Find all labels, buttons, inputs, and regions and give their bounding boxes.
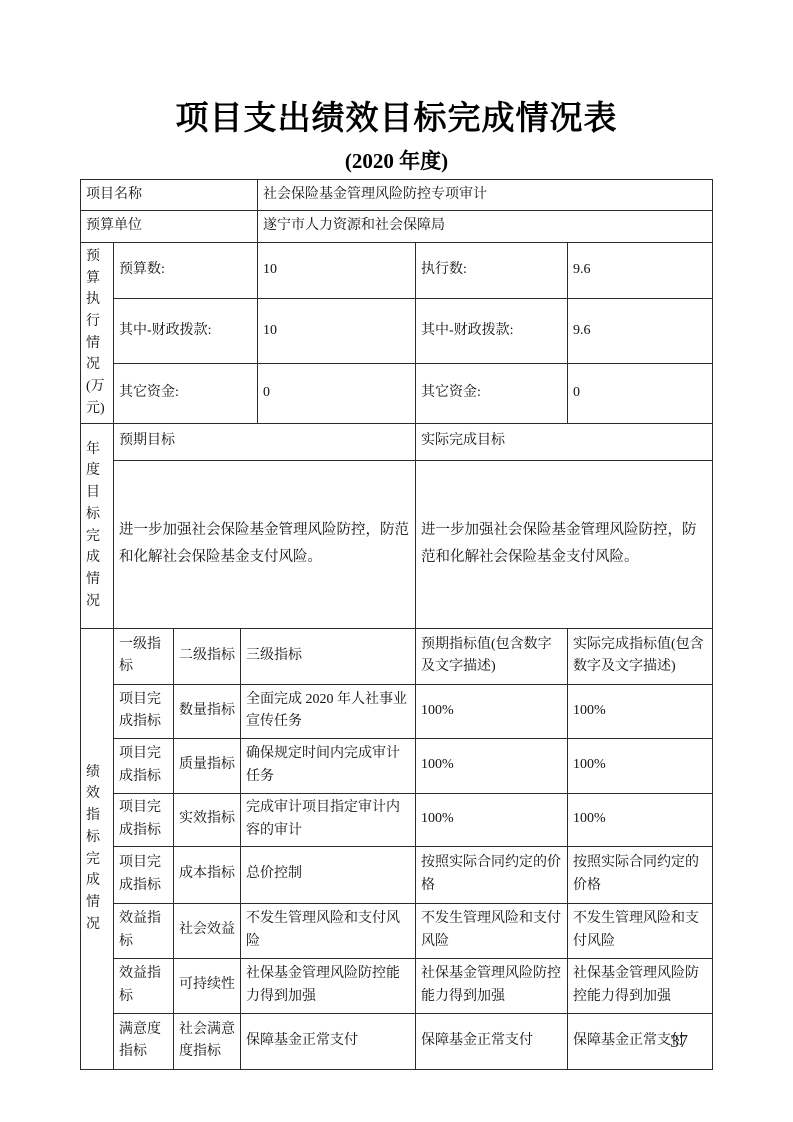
annual-section-header: 年度 目标 完成 情况 (81, 423, 114, 628)
indicator-level2: 成本指标 (174, 846, 241, 903)
fiscal-grant-exec-value: 9.6 (568, 299, 713, 364)
expected-target-text: 进一步加强社会保险基金管理风险防控，防范和化解社会保险基金支付风险。 (114, 460, 416, 628)
performance-section-header: 绩效 指标 完成 情况 (81, 628, 114, 1069)
indicator-actual: 100% (568, 684, 713, 738)
execution-label: 执行数: (416, 243, 568, 299)
budget-unit-label: 预算单位 (81, 211, 258, 243)
indicator-actual: 100% (568, 793, 713, 846)
indicator-level3: 保障基金正常支付 (241, 1013, 416, 1069)
budget-label: 预算数: (114, 243, 258, 299)
performance-table: 项目名称 社会保险基金管理风险防控专项审计 预算单位 遂宁市人力资源和社会保障局… (80, 179, 713, 1070)
indicator-actual: 社保基金管理风险防控能力得到加强 (568, 958, 713, 1013)
indicator-expected: 不发生管理风险和支付风险 (416, 903, 568, 958)
indicator-level2: 社会满意度指标 (174, 1013, 241, 1069)
indicator-actual: 按照实际合同约定的价格 (568, 846, 713, 903)
budget-row-3: 其它资金: 0 其它资金: 0 (81, 364, 713, 423)
indicator-row: 效益指标 可持续性 社保基金管理风险防控能力得到加强 社保基金管理风险防控能力得… (81, 958, 713, 1013)
indicator-expected: 100% (416, 738, 568, 793)
project-name-label: 项目名称 (81, 180, 258, 211)
actual-target-text: 进一步加强社会保险基金管理风险防控，防范和化解社会保险基金支付风险。 (416, 460, 713, 628)
budget-row-2: 其中-财政拨款: 10 其中-财政拨款: 9.6 (81, 299, 713, 364)
indicator-level1: 项目完成指标 (114, 793, 174, 846)
indicator-row: 项目完成指标 成本指标 总价控制 按照实际合同约定的价格 按照实际合同约定的价格 (81, 846, 713, 903)
indicator-row: 项目完成指标 数量指标 全面完成 2020 年人社事业宣传任务 100% 100… (81, 684, 713, 738)
indicator-expected: 社保基金管理风险防控能力得到加强 (416, 958, 568, 1013)
other-funds-value: 0 (258, 364, 416, 423)
indicator-expected: 100% (416, 684, 568, 738)
document-title: 项目支出绩效目标完成情况表 (0, 0, 793, 136)
indicator-actual: 不发生管理风险和支付风险 (568, 903, 713, 958)
indicator-level2: 实效指标 (174, 793, 241, 846)
fiscal-grant-label: 其中-财政拨款: (114, 299, 258, 364)
annual-target-header-row: 年度 目标 完成 情况 预期目标 实际完成目标 (81, 423, 713, 460)
col-header-level1: 一级指标 (114, 628, 174, 684)
indicator-level1: 效益指标 (114, 958, 174, 1013)
indicator-actual: 保障基金正常支付 (568, 1013, 713, 1069)
other-funds-label: 其它资金: (114, 364, 258, 423)
col-header-level2: 二级指标 (174, 628, 241, 684)
execution-value: 9.6 (568, 243, 713, 299)
indicator-level1: 效益指标 (114, 903, 174, 958)
project-name-row: 项目名称 社会保险基金管理风险防控专项审计 (81, 180, 713, 211)
annual-target-content-row: 进一步加强社会保险基金管理风险防控，防范和化解社会保险基金支付风险。 进一步加强… (81, 460, 713, 628)
indicator-level3: 完成审计项目指定审计内容的审计 (241, 793, 416, 846)
indicator-level2: 数量指标 (174, 684, 241, 738)
project-name-value: 社会保险基金管理风险防控专项审计 (258, 180, 713, 211)
indicator-level1: 项目完成指标 (114, 738, 174, 793)
indicator-expected: 按照实际合同约定的价格 (416, 846, 568, 903)
indicator-row: 项目完成指标 实效指标 完成审计项目指定审计内容的审计 100% 100% (81, 793, 713, 846)
document-year-subtitle: (2020 年度) (0, 151, 793, 172)
indicator-level1: 满意度指标 (114, 1013, 174, 1069)
indicator-level3: 确保规定时间内完成审计任务 (241, 738, 416, 793)
document-page: 项目支出绩效目标完成情况表 (2020 年度) 项目名称 社会保险基金管理风险防… (0, 0, 793, 1122)
col-header-actual-value: 实际完成指标值(包含数字及文字描述) (568, 628, 713, 684)
indicator-level1: 项目完成指标 (114, 684, 174, 738)
budget-unit-value: 遂宁市人力资源和社会保障局 (258, 211, 713, 243)
col-header-level3: 三级指标 (241, 628, 416, 684)
indicator-level2: 质量指标 (174, 738, 241, 793)
indicator-expected: 100% (416, 793, 568, 846)
budget-section-header: 预算 执行 情况 (万 元) (81, 243, 114, 424)
expected-target-label: 预期目标 (114, 423, 416, 460)
actual-target-label: 实际完成目标 (416, 423, 713, 460)
indicator-row: 效益指标 社会效益 不发生管理风险和支付风险 不发生管理风险和支付风险 不发生管… (81, 903, 713, 958)
indicator-row: 项目完成指标 质量指标 确保规定时间内完成审计任务 100% 100% (81, 738, 713, 793)
indicator-expected: 保障基金正常支付 (416, 1013, 568, 1069)
indicator-row: 满意度指标 社会满意度指标 保障基金正常支付 保障基金正常支付 保障基金正常支付 (81, 1013, 713, 1069)
budget-row-1: 预算 执行 情况 (万 元) 预算数: 10 执行数: 9.6 (81, 243, 713, 299)
fiscal-grant-exec-label: 其中-财政拨款: (416, 299, 568, 364)
indicator-header-row: 绩效 指标 完成 情况 一级指标 二级指标 三级指标 预期指标值(包含数字及文字… (81, 628, 713, 684)
budget-value: 10 (258, 243, 416, 299)
fiscal-grant-value: 10 (258, 299, 416, 364)
indicator-level2: 可持续性 (174, 958, 241, 1013)
indicator-level2: 社会效益 (174, 903, 241, 958)
indicator-level1: 项目完成指标 (114, 846, 174, 903)
indicator-level3: 总价控制 (241, 846, 416, 903)
page-number: 37 (670, 1031, 688, 1052)
indicator-level3: 不发生管理风险和支付风险 (241, 903, 416, 958)
other-funds-exec-label: 其它资金: (416, 364, 568, 423)
indicator-level3: 全面完成 2020 年人社事业宣传任务 (241, 684, 416, 738)
budget-unit-row: 预算单位 遂宁市人力资源和社会保障局 (81, 211, 713, 243)
col-header-expected-value: 预期指标值(包含数字及文字描述) (416, 628, 568, 684)
indicator-level3: 社保基金管理风险防控能力得到加强 (241, 958, 416, 1013)
indicator-actual: 100% (568, 738, 713, 793)
other-funds-exec-value: 0 (568, 364, 713, 423)
